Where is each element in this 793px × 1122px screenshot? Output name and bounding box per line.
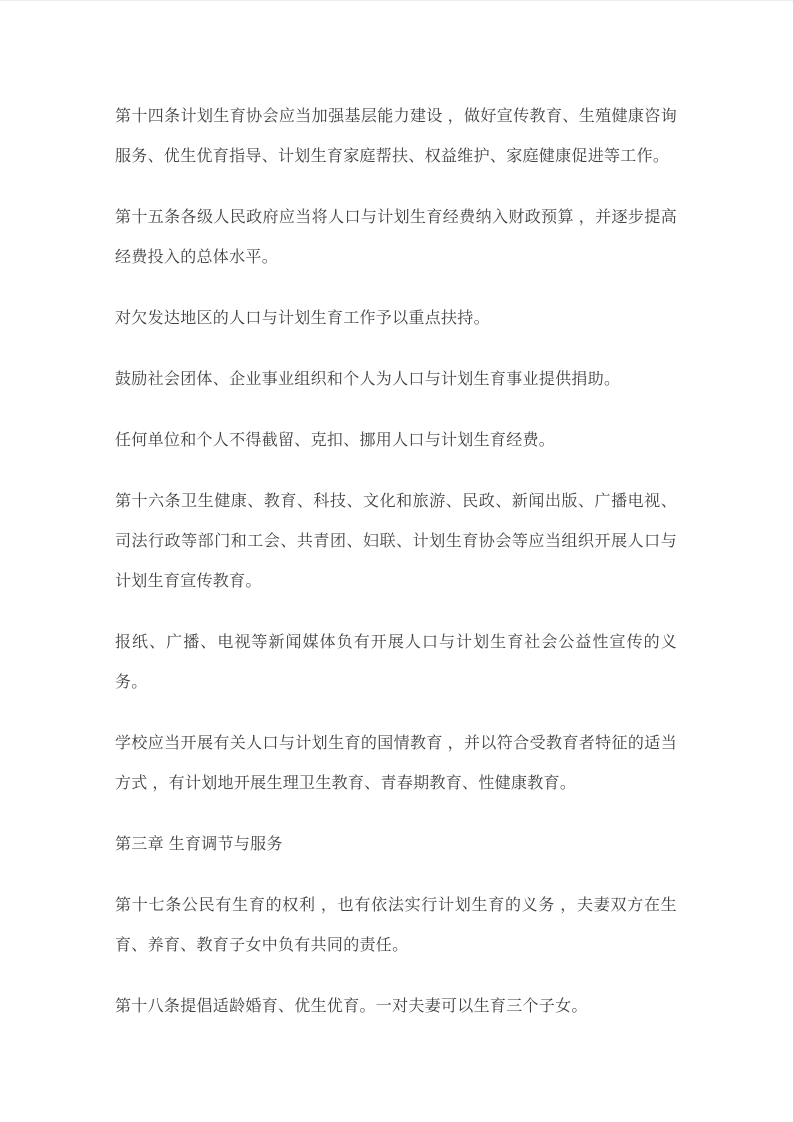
chapter-3-heading: 第三章 生育调节与服务 — [115, 825, 677, 865]
para-media-duty-clause: 报纸、广播、电视等新闻媒体负有开展人口与计划生育社会公益性宣传的义务。 — [115, 623, 677, 703]
para-article-16: 第十六条卫生健康、教育、科技、文化和旅游、民政、新闻出版、广播电视、司法行政等部… — [115, 482, 677, 602]
para-funds-misappropriation-clause: 任何单位和个人不得截留、克扣、挪用人口与计划生育经费。 — [115, 421, 677, 461]
para-article-14: 第十四条计划生育协会应当加强基层能力建设 ，做好宣传教育、生殖健康咨询服务、优生… — [115, 97, 677, 177]
para-donation-clause: 鼓励社会团体、企业事业组织和个人为人口与计划生育事业提供捐助。 — [115, 360, 677, 400]
para-article-15-support-clause: 对欠发达地区的人口与计划生育工作予以重点扶持。 — [115, 299, 677, 339]
document-page: 第十四条计划生育协会应当加强基层能力建设 ，做好宣传教育、生殖健康咨询服务、优生… — [0, 1, 793, 1027]
para-school-education-clause: 学校应当开展有关人口与计划生育的国情教育 ，并以符合受教育者特征的适当方式 ，有… — [115, 724, 677, 804]
para-article-17: 第十七条公民有生育的权利 ，也有依法实行计划生育的义务 ，夫妻双方在生育、养育、… — [115, 886, 677, 966]
para-article-18: 第十八条提倡适龄婚育、优生优育。一对夫妻可以生育三个子女。 — [115, 987, 677, 1027]
para-article-15: 第十五条各级人民政府应当将人口与计划生育经费纳入财政预算 ，并逐步提高经费投入的… — [115, 198, 677, 278]
